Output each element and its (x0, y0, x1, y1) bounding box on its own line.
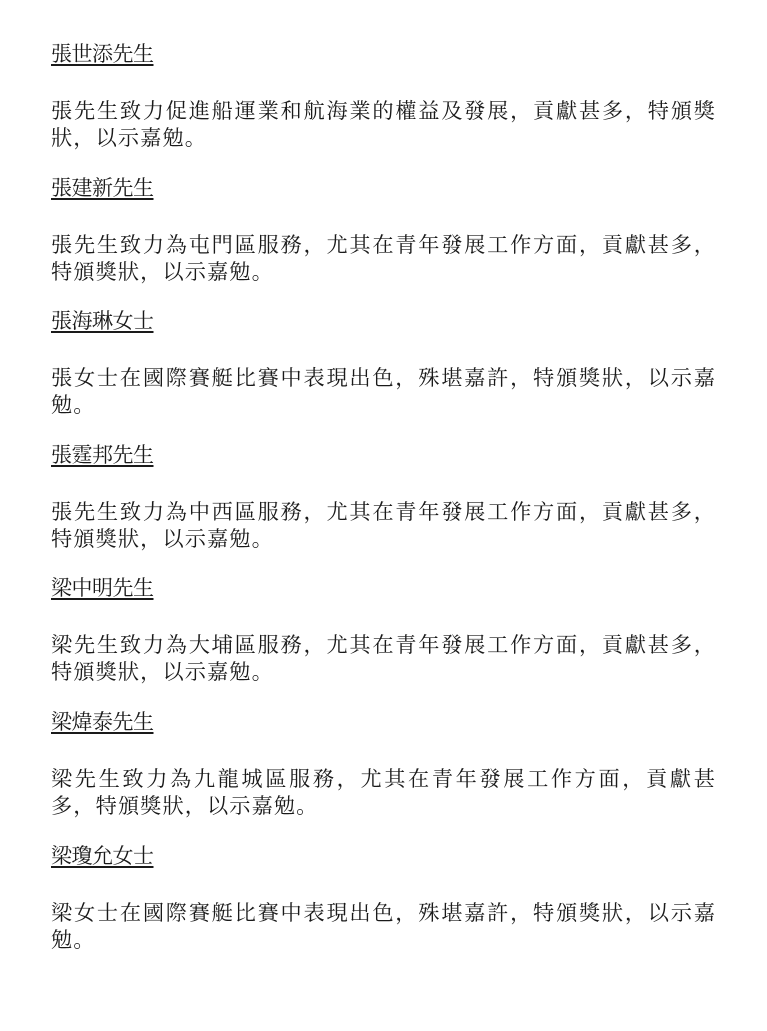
award-entry: 張世添先生 張先生致力促進船運業和航海業的權益及發展，貢獻甚多，特頒獎狀，以示嘉… (51, 40, 716, 174)
award-entry: 梁中明先生 梁先生致力為大埔區服務，尤其在青年發展工作方面，貢獻甚多，特頒獎狀，… (51, 574, 716, 708)
awardee-name: 張世添先生 (51, 40, 154, 68)
awardee-name: 張建新先生 (51, 174, 154, 202)
award-entry: 梁瓊允女士 梁女士在國際賽艇比賽中表現出色，殊堪嘉許，特頒獎狀，以示嘉勉。 (51, 842, 716, 976)
award-citation: 張先生致力為屯門區服務，尤其在青年發展工作方面，貢獻甚多，特頒獎狀，以示嘉勉。 (51, 231, 716, 285)
award-entry: 梁煒泰先生 梁先生致力為九龍城區服務，尤其在青年發展工作方面，貢獻甚多，特頒獎狀… (51, 708, 716, 842)
award-citation: 梁先生致力為大埔區服務，尤其在青年發展工作方面，貢獻甚多，特頒獎狀，以示嘉勉。 (51, 631, 716, 685)
award-citation: 梁女士在國際賽艇比賽中表現出色，殊堪嘉許，特頒獎狀，以示嘉勉。 (51, 899, 716, 953)
award-citation: 張先生致力促進船運業和航海業的權益及發展，貢獻甚多，特頒獎狀，以示嘉勉。 (51, 97, 716, 151)
awardee-name: 張霆邦先生 (51, 441, 154, 469)
document-page: 張世添先生 張先生致力促進船運業和航海業的權益及發展，貢獻甚多，特頒獎狀，以示嘉… (51, 40, 716, 975)
award-entry: 張建新先生 張先生致力為屯門區服務，尤其在青年發展工作方面，貢獻甚多，特頒獎狀，… (51, 174, 716, 308)
awardee-name: 梁中明先生 (51, 574, 154, 602)
award-citation: 張先生致力為中西區服務，尤其在青年發展工作方面，貢獻甚多，特頒獎狀，以示嘉勉。 (51, 498, 716, 552)
award-citation: 梁先生致力為九龍城區服務，尤其在青年發展工作方面，貢獻甚多，特頒獎狀，以示嘉勉。 (51, 765, 716, 819)
award-citation: 張女士在國際賽艇比賽中表現出色，殊堪嘉許，特頒獎狀，以示嘉勉。 (51, 364, 716, 418)
awardee-name: 梁瓊允女士 (51, 842, 154, 870)
award-entry: 張海琳女士 張女士在國際賽艇比賽中表現出色，殊堪嘉許，特頒獎狀，以示嘉勉。 (51, 307, 716, 441)
awardee-name: 梁煒泰先生 (51, 708, 154, 736)
awardee-name: 張海琳女士 (51, 307, 154, 335)
award-entry: 張霆邦先生 張先生致力為中西區服務，尤其在青年發展工作方面，貢獻甚多，特頒獎狀，… (51, 441, 716, 575)
